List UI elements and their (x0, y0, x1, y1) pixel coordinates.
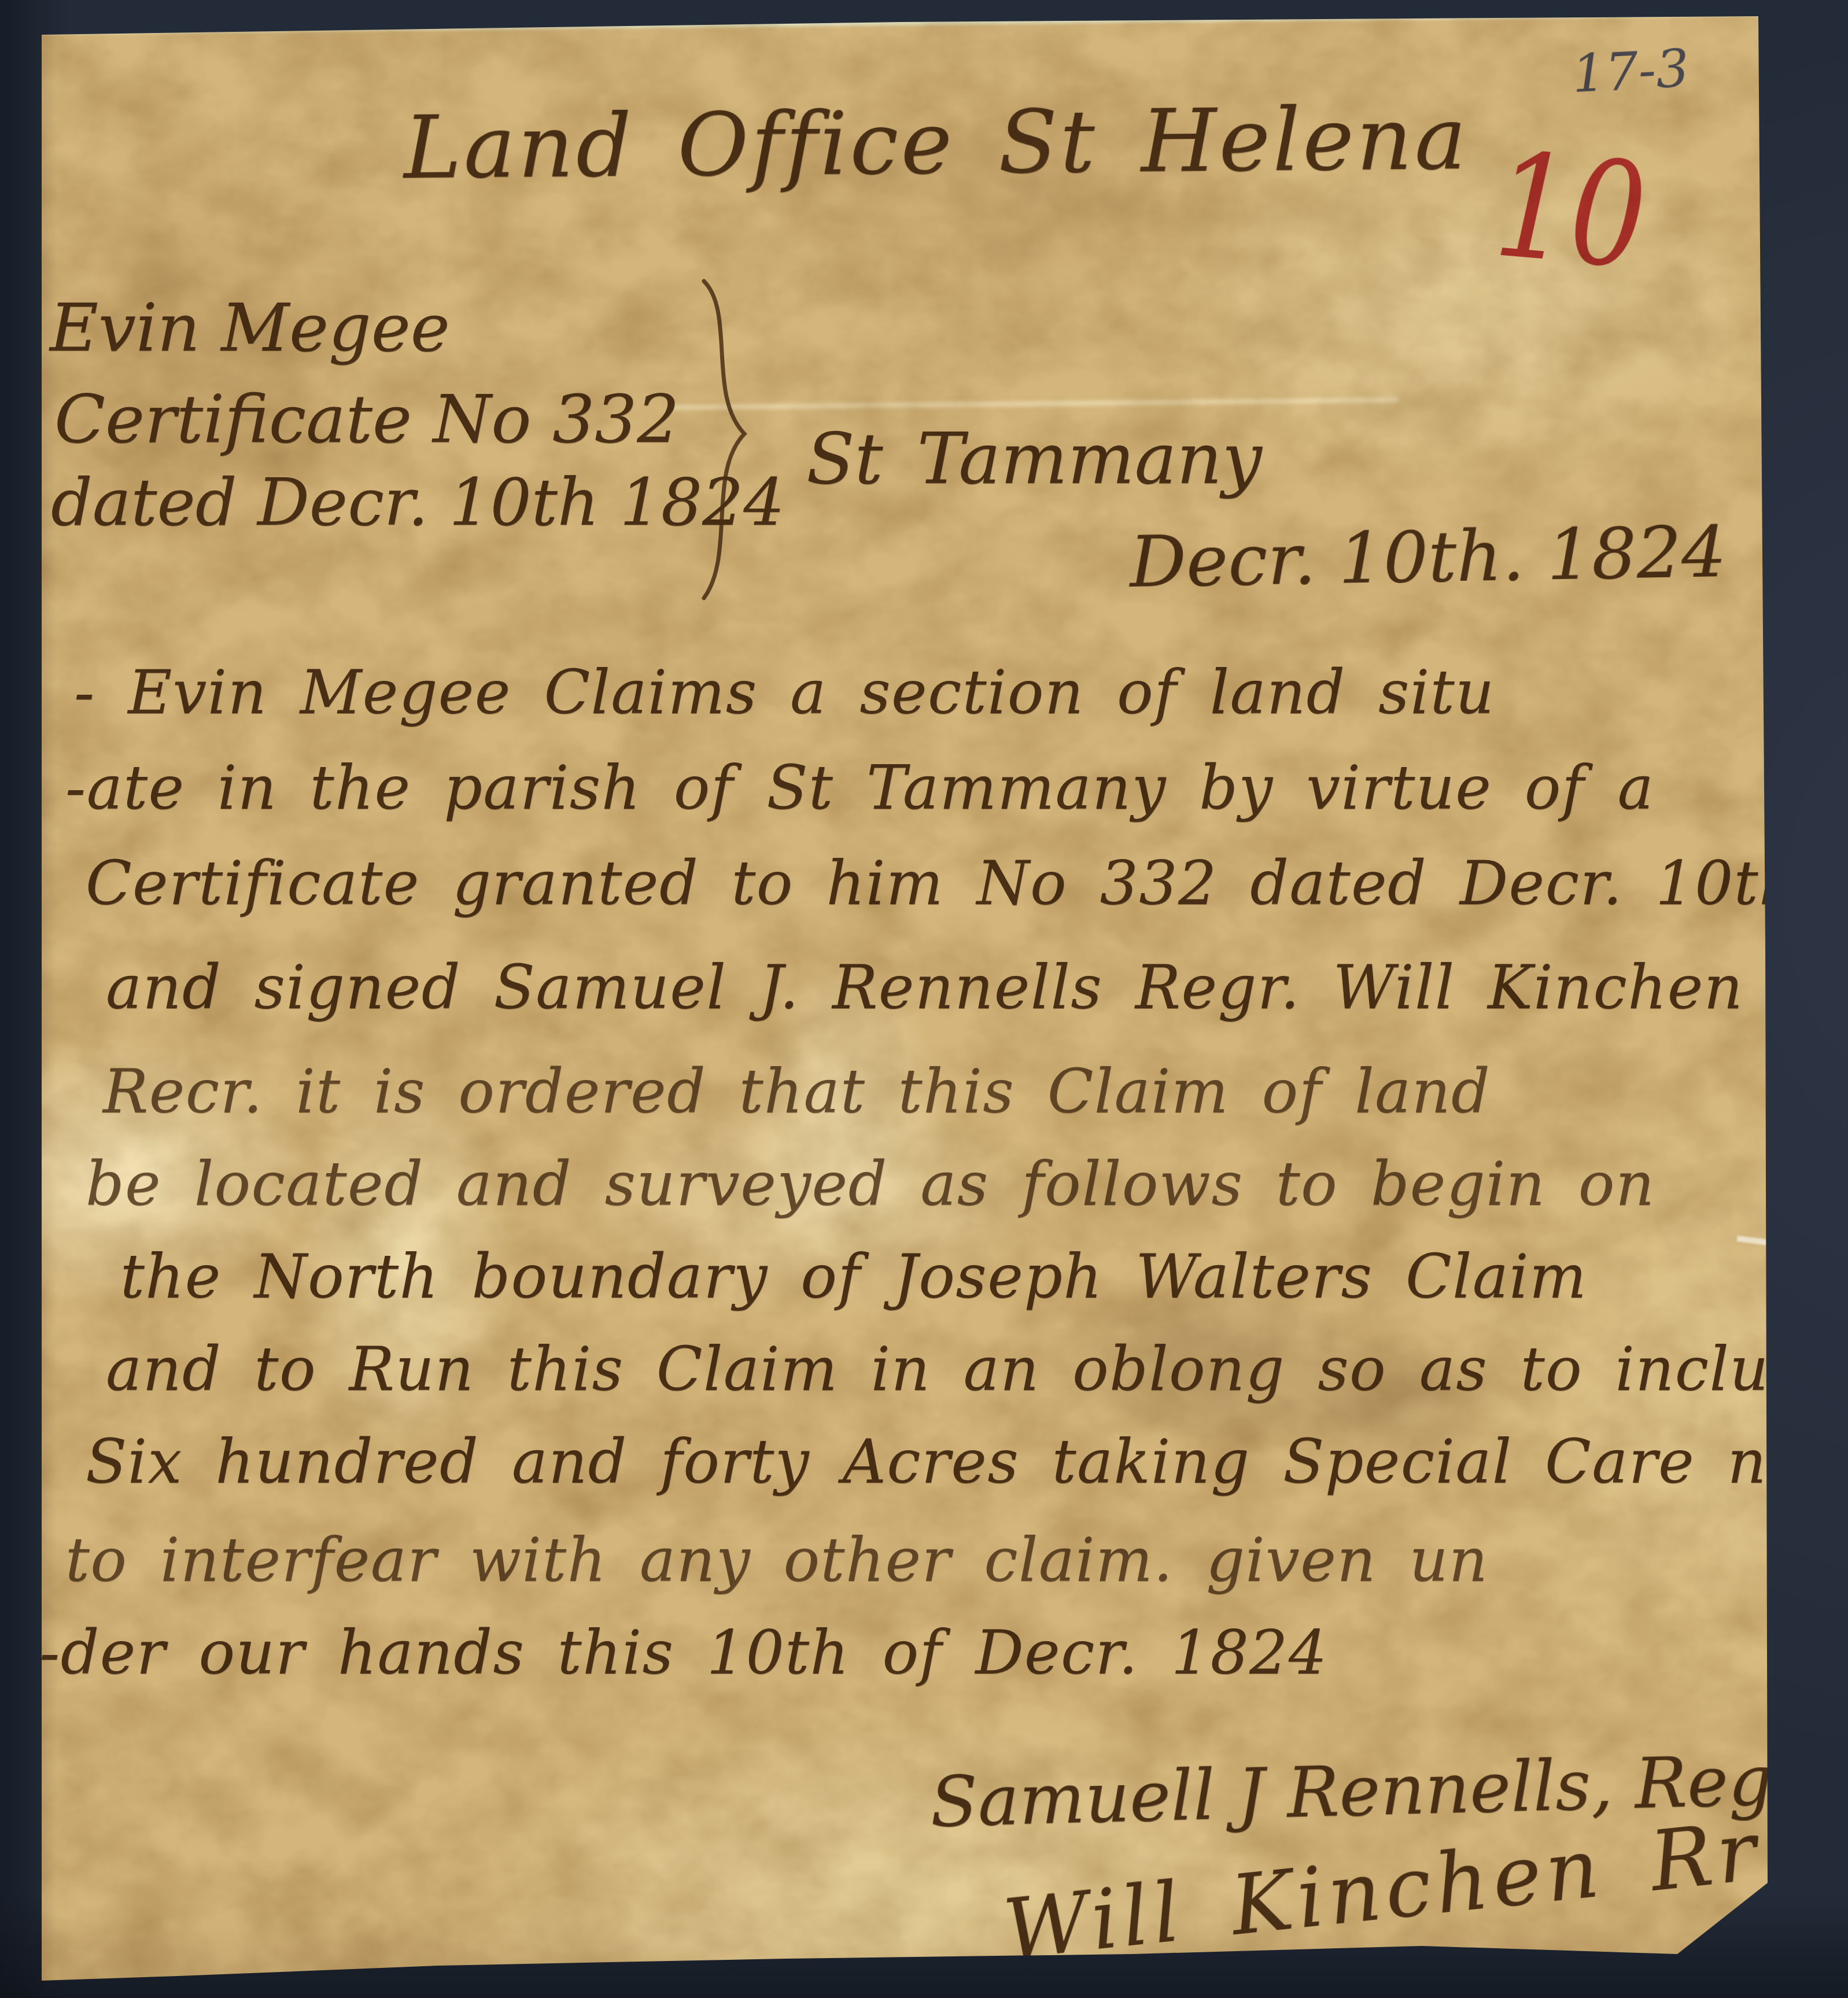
paper-sheet: 17-3 10 Land Office St Helena Evin Megee… (34, 15, 1776, 1983)
body-line: and to Run this Claim in an oblong so as… (106, 1336, 1845, 1402)
red-page-number: 10 (1491, 125, 1650, 297)
body-line: Six hundred and forty Acres taking Speci… (86, 1429, 1829, 1495)
body-line: -ate in the parish of St Tammany by virt… (65, 755, 1654, 821)
claimant-name: Evin Megee (50, 292, 450, 365)
body-line: Certificate granted to him No 332 dated … (86, 850, 1848, 916)
parish-name: St Tammany (806, 420, 1262, 497)
claim-brace (687, 277, 757, 603)
document-title: Land Office St Helena (403, 91, 1469, 196)
claimant-certificate: Certificate No 332 (54, 383, 679, 456)
body-line: - Evin Megee Claims a section of land si… (74, 659, 1495, 725)
date-line: Decr. 10th. 1824 (1129, 513, 1727, 601)
body-line: and signed Samuel J. Rennells Regr. Will… (106, 954, 1743, 1020)
body-line: to interfear with any other claim. given… (65, 1527, 1488, 1593)
crease-line (670, 397, 1399, 410)
claimant-dated: dated Decr. 10th 1824 (51, 467, 785, 539)
corner-mark: 17-3 (1571, 40, 1691, 103)
body-line: -der our hands this 10th of Decr. 1824 (39, 1620, 1327, 1686)
body-line: the North boundary of Joseph Walters Cla… (120, 1244, 1587, 1310)
body-line: be located and surveyed as follows to be… (86, 1151, 1655, 1217)
body-line: Recr. it is ordered that this Claim of l… (103, 1059, 1491, 1125)
